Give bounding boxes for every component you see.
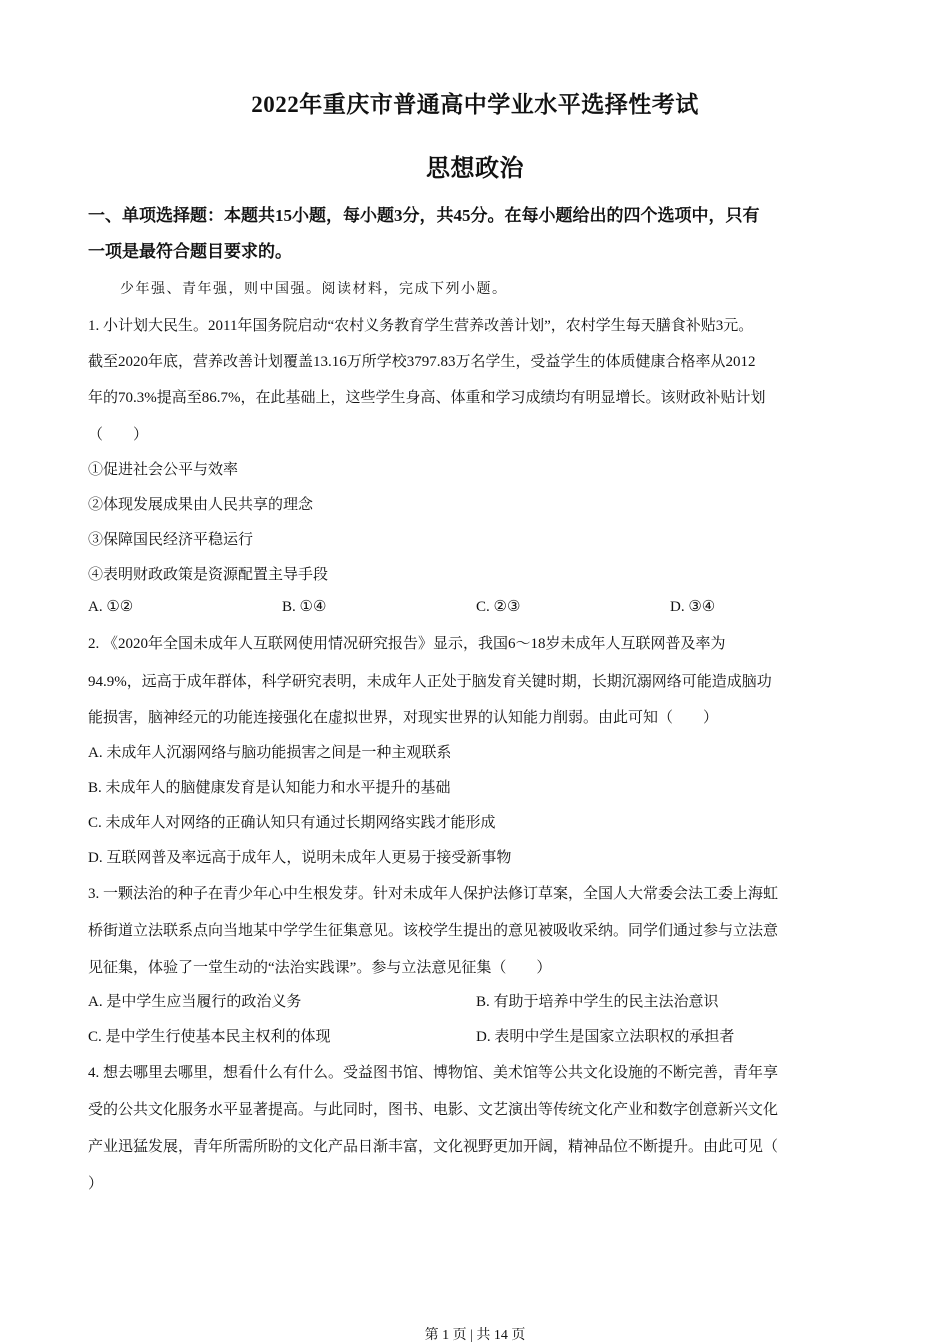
q1-line: 年的70.3%提高至86.7%，在此基础上，这些学生身高、体重和学习成绩均有明显… xyxy=(88,386,868,407)
q1-line: 1. 小计划大民生。2011年国务院启动“农村义务教育学生营养改善计划”，农村学… xyxy=(88,314,868,335)
q4-line: 产业迅猛发展，青年所需所盼的文化产品日渐丰富，文化视野更加开阔，精神品位不断提升… xyxy=(88,1135,868,1156)
q3-line: 见征集，体验了一堂生动的“法治实践课”。参与立法意见征集（ ） xyxy=(88,956,868,977)
q3-option-c: C. 是中学生行使基本民主权利的体现 xyxy=(88,1025,331,1046)
section-heading-line2: 一项是最符合题目要求的。 xyxy=(88,234,868,270)
q1-statement: ①促进社会公平与效率 xyxy=(88,458,868,479)
q4-line: 4. 想去哪里去哪里，想看什么有什么。受益图书馆、博物馆、美术馆等公共文化设施的… xyxy=(88,1061,868,1082)
q1-option-d: D. ③④ xyxy=(670,597,715,616)
q3-option-d: D. 表明中学生是国家立法职权的承担者 xyxy=(476,1025,734,1046)
q2-option-a: A. 未成年人沉溺网络与脑功能损害之间是一种主观联系 xyxy=(88,741,868,762)
q2-option-b: B. 未成年人的脑健康发育是认知能力和水平提升的基础 xyxy=(88,776,868,797)
q1-statement: ②体现发展成果由人民共享的理念 xyxy=(88,493,868,514)
q2-line: 2. 《2020年全国未成年人互联网使用情况研究报告》显示，我国6～18岁未成年… xyxy=(88,632,868,653)
q2-line: 94.9%，远高于成年群体，科学研究表明，未成年人正处于脑发育关键时期，长期沉溺… xyxy=(88,670,868,691)
q4-line: 受的公共文化服务水平显著提高。与此同时，图书、电影、文艺演出等传统文化产业和数字… xyxy=(88,1098,868,1119)
section-heading-line1: 一、单项选择题：本题共15小题，每小题3分，共45分。在每小题给出的四个选项中，… xyxy=(88,198,868,234)
q1-option-b: B. ①④ xyxy=(282,597,326,616)
q1-line: 截至2020年底，营养改善计划覆盖13.16万所学校3797.83万名学生，受益… xyxy=(88,350,868,371)
q3-line: 桥街道立法联系点向当地某中学学生征集意见。该校学生提出的意见被吸收采纳。同学们通… xyxy=(88,919,868,940)
q1-statement: ③保障国民经济平稳运行 xyxy=(88,528,868,549)
q2-line: 能损害，脑神经元的功能连接强化在虚拟世界，对现实世界的认知能力削弱。由此可知（ … xyxy=(88,706,868,727)
subject-title: 思想政治 xyxy=(0,148,950,183)
q3-line: 3. 一颗法治的种子在青少年心中生根发芽。针对未成年人保护法修订草案，全国人大常… xyxy=(88,882,868,903)
q1-blank: （ ） xyxy=(88,423,868,444)
exam-title: 2022年重庆市普通高中学业水平选择性考试 xyxy=(0,86,950,119)
q2-option-c: C. 未成年人对网络的正确认知只有通过长期网络实践才能形成 xyxy=(88,811,868,832)
q4-blank: ） xyxy=(88,1172,868,1193)
q3-option-b: B. 有助于培养中学生的民主法治意识 xyxy=(476,990,719,1011)
q1-option-c: C. ②③ xyxy=(476,597,520,616)
reading-intro: 少年强、青年强，则中国强。阅读材料，完成下列小题。 xyxy=(120,278,900,298)
page-footer: 第 1 页 | 共 14 页 xyxy=(0,1324,950,1344)
q1-statement: ④表明财政政策是资源配置主导手段 xyxy=(88,563,868,584)
exam-page: 2022年重庆市普通高中学业水平选择性考试 思想政治 一、单项选择题：本题共15… xyxy=(0,0,950,1344)
q2-option-d: D. 互联网普及率远高于成年人，说明未成年人更易于接受新事物 xyxy=(88,846,868,867)
q3-option-a: A. 是中学生应当履行的政治义务 xyxy=(88,990,301,1011)
q1-option-a: A. ①② xyxy=(88,597,133,616)
